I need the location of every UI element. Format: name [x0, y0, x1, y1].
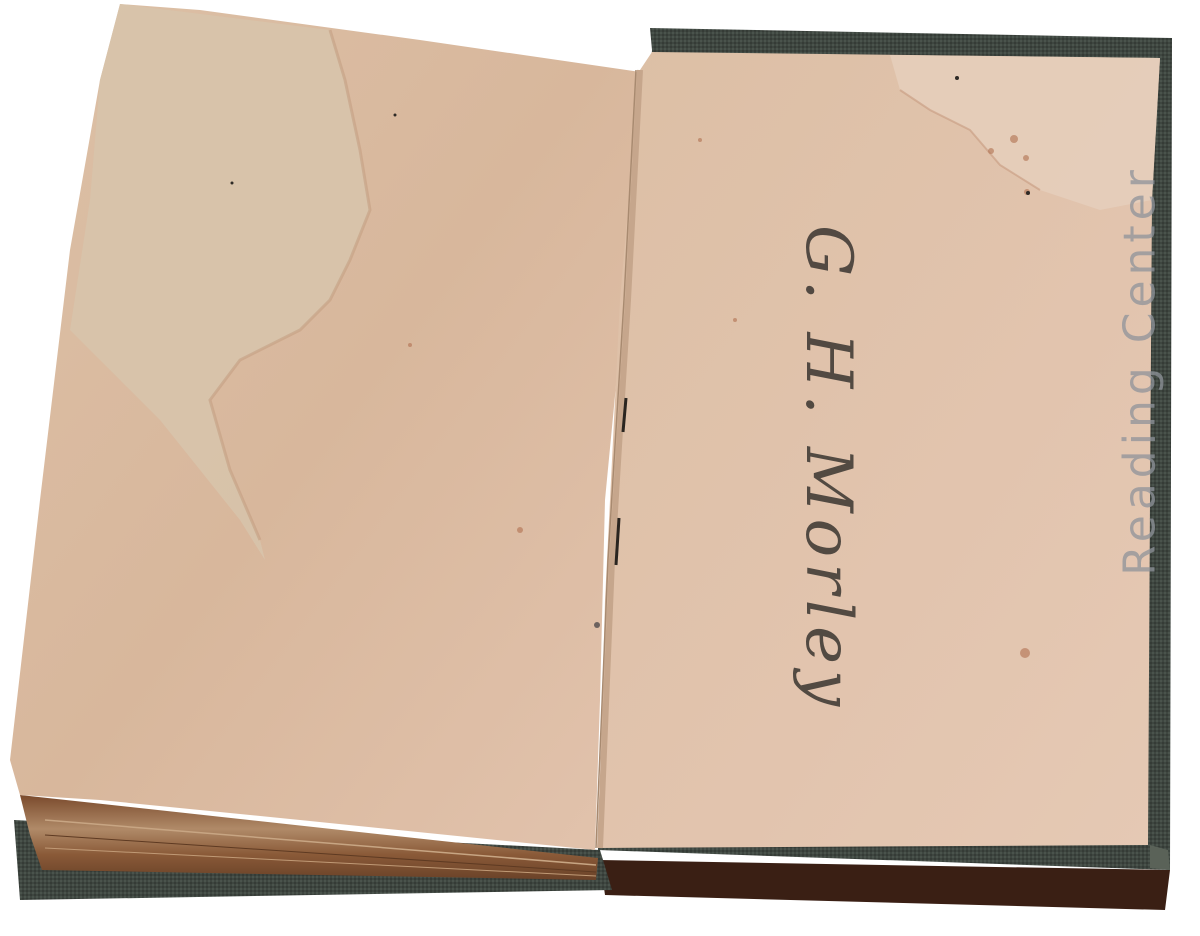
book-illustration: [0, 0, 1200, 936]
pencil-note: Reading Center: [1115, 131, 1166, 611]
ink-spot: [594, 622, 600, 628]
book-photo: G. H. Morley Reading Center: [0, 0, 1200, 936]
ink-signature: G. H. Morley: [791, 225, 865, 585]
board-shadow: [600, 860, 1170, 910]
